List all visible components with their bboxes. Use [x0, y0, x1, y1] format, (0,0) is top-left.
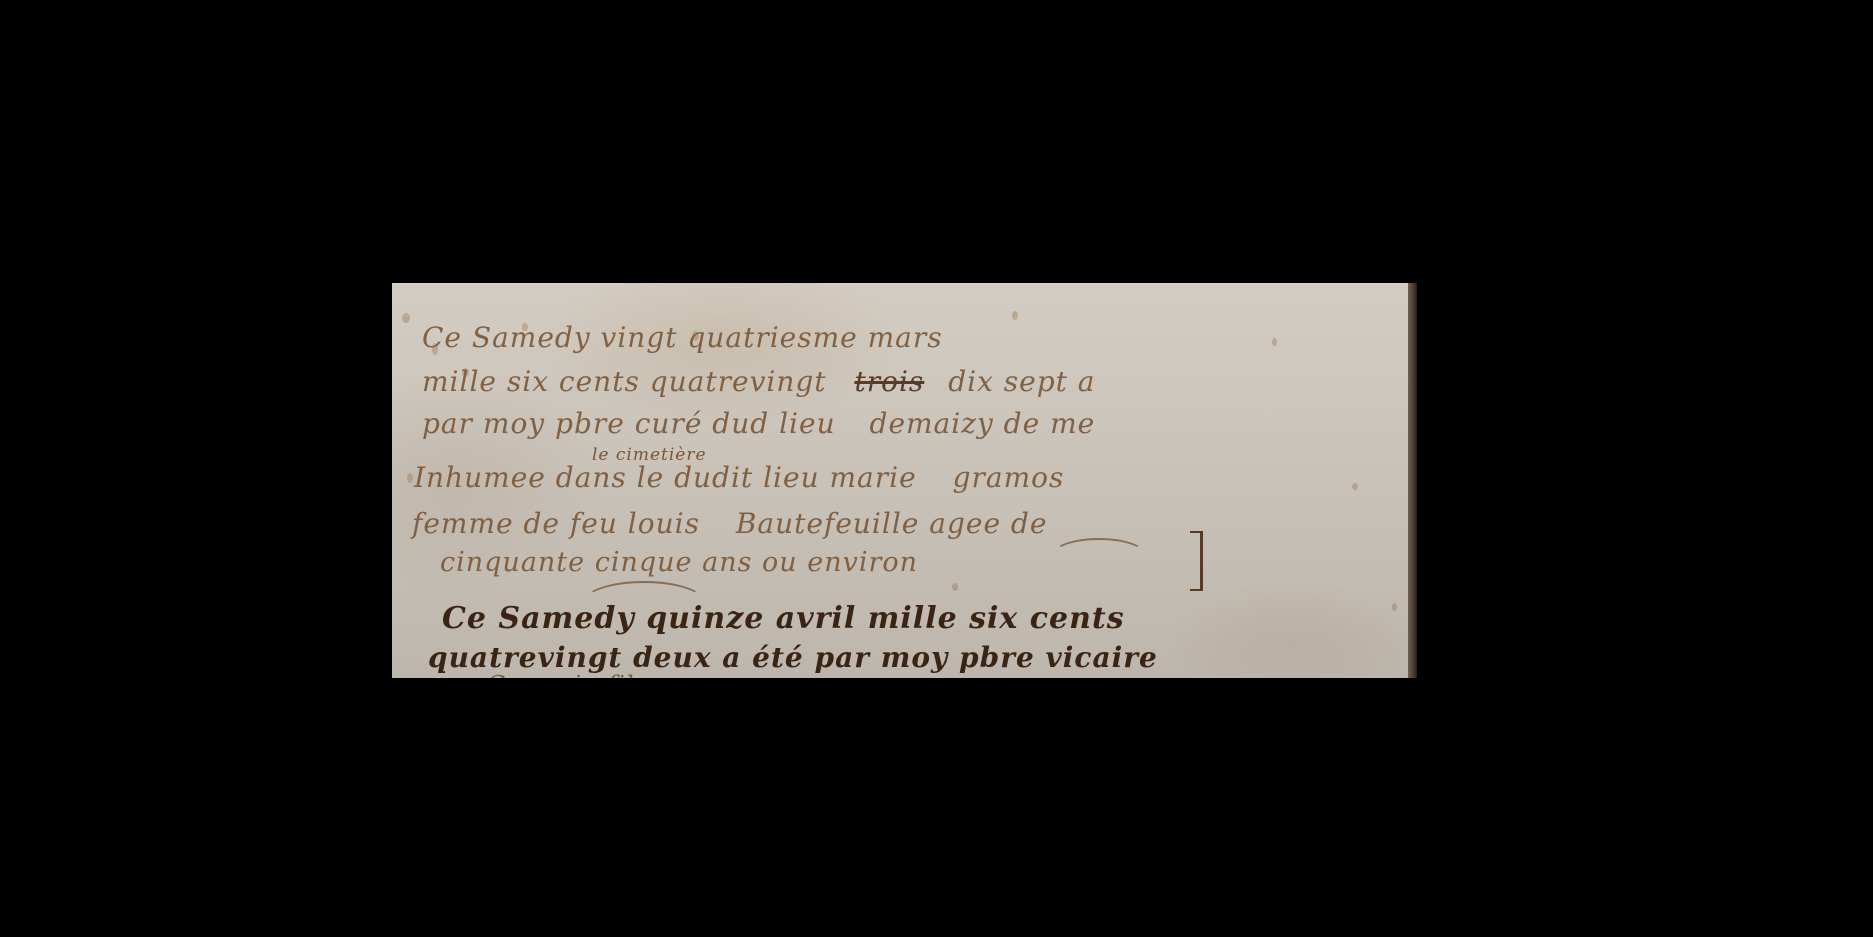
entry1-line3-text: par moy pbre curé dud lieu	[422, 407, 836, 440]
page-binding-edge	[1408, 283, 1417, 678]
entry1-line4: Inhumee dans le dudit lieu marie gramos	[414, 461, 1064, 494]
entry1-line1: Ce Samedy vingt quatriesme mars	[422, 321, 943, 354]
photo-stage: Ce Samedy vingt quatriesme mars mille si…	[0, 0, 1873, 937]
struck-word: trois	[854, 365, 924, 398]
manuscript-page: Ce Samedy vingt quatriesme mars mille si…	[392, 283, 1417, 678]
entry1-line5-tail: Bautefeuille agee de	[736, 507, 1048, 540]
flourish-stroke	[1052, 538, 1146, 572]
entry1-line5: femme de feu louis Bautefeuille agee de	[412, 507, 1047, 540]
entry2-line3-cutoff: ... Germain fils ...	[452, 671, 682, 678]
stain	[407, 473, 413, 483]
entry1-line2-text: mille six cents quatrevingt	[422, 365, 827, 398]
bracket-mark	[1190, 531, 1203, 591]
entry1-line3-tail: demaizy de me	[870, 407, 1096, 440]
stain	[1392, 603, 1397, 611]
entry1-line4-tail: gramos	[953, 461, 1065, 494]
stain	[952, 583, 958, 591]
entry1-line3: par moy pbre curé dud lieu demaizy de me	[422, 407, 1095, 440]
entry2-line2: quatrevingt deux a été par moy pbre vica…	[428, 641, 1158, 674]
entry1-line2: mille six cents quatrevingt trois dix se…	[422, 365, 1095, 398]
entry1-line2-after: dix sept a	[948, 365, 1095, 398]
stain	[1012, 311, 1018, 320]
stain	[402, 313, 410, 323]
entry1-line6: cinquante cinque ans ou environ	[440, 547, 918, 578]
entry1-line4-text: Inhumee dans le dudit lieu marie	[414, 461, 917, 494]
stain	[1272, 338, 1277, 346]
entry1-line5-text: femme de feu louis	[412, 507, 700, 540]
stain	[1352, 483, 1358, 490]
flourish-stroke	[582, 581, 706, 625]
entry2-line1: Ce Samedy quinze avril mille six cents	[442, 601, 1125, 636]
